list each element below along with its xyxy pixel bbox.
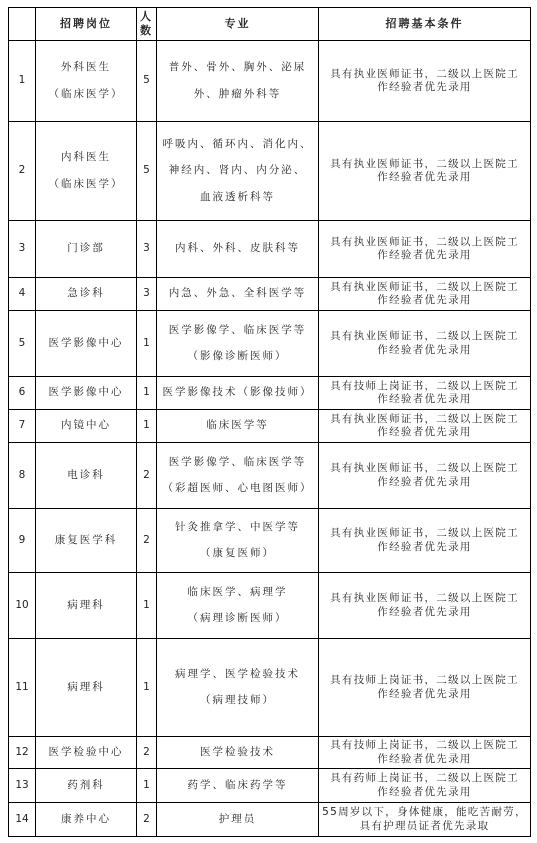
position-cell: 急诊科 — [36, 278, 137, 311]
headcount-cell: 5 — [137, 122, 157, 221]
major-line: （病理诊断医师） — [157, 612, 318, 625]
table-row: 8电诊科2医学影像学、临床医学等（彩超医师、心电图医师）具有执业医师证书，二级以… — [9, 443, 531, 509]
position-cell: 医学检验中心 — [36, 737, 137, 769]
major-cell: 临床医学、病理学（病理诊断医师） — [157, 573, 319, 639]
requirements-line: 作经验者优先录用 — [319, 249, 530, 262]
requirements-cell: 具有执业医师证书，二级以上医院工作经验者优先录用 — [319, 509, 531, 573]
position-cell: 门诊部 — [36, 221, 137, 278]
headcount-cell: 1 — [137, 769, 157, 803]
requirements-cell: 55周岁以下，身体健康，能吃苦耐劳，具有护理员证者优先录取 — [319, 803, 531, 837]
major-line: 护理员 — [157, 813, 318, 826]
position-cell: 病理科 — [36, 639, 137, 737]
requirements-line: 作经验者优先录用 — [319, 294, 530, 307]
requirements-cell: 具有执业医师证书，二级以上医院工作经验者优先录用 — [319, 41, 531, 122]
table-row: 9康复医学科2针灸推拿学、中医学等（康复医师）具有执业医师证书，二级以上医院工作… — [9, 509, 531, 573]
requirements-line: 具有执业医师证书，二级以上医院工 — [319, 158, 530, 171]
requirements-line: 具有执业医师证书，二级以上医院工 — [319, 281, 530, 294]
major-cell: 呼吸内、循环内、消化内、神经内、肾内、内分泌、血液透析科等 — [157, 122, 319, 221]
major-line: 呼吸内、循环内、消化内、 — [157, 138, 318, 151]
major-line: 医学影像学、临床医学等 — [157, 456, 318, 469]
major-cell: 病理学、医学检验技术（病理技师） — [157, 639, 319, 737]
requirements-line: 具有执业医师证书，二级以上医院工 — [319, 236, 530, 249]
position-cell: 药剂科 — [36, 769, 137, 803]
requirements-line: 作经验者优先录用 — [319, 171, 530, 184]
requirements-cell: 具有执业医师证书，二级以上医院工作经验者优先录用 — [319, 122, 531, 221]
requirements-cell: 具有执业医师证书，二级以上医院工作经验者优先录用 — [319, 221, 531, 278]
major-line: 医学影像技术（影像技师） — [157, 386, 318, 399]
position-cell: 医学影像中心 — [36, 377, 137, 410]
table-header-row: 招聘岗位 人数 专业 招聘基本条件 — [9, 8, 531, 41]
position-line: （临床医学） — [36, 178, 136, 191]
major-line: 临床医学、病理学 — [157, 586, 318, 599]
row-index: 12 — [9, 737, 36, 769]
table-row: 10病理科1临床医学、病理学（病理诊断医师）具有执业医师证书，二级以上医院工作经… — [9, 573, 531, 639]
header-position: 招聘岗位 — [36, 8, 137, 41]
position-line: （临床医学） — [36, 88, 136, 101]
row-index: 6 — [9, 377, 36, 410]
position-line: 医学检验中心 — [36, 746, 136, 759]
position-line: 医学影像中心 — [36, 337, 136, 350]
headcount-cell: 2 — [137, 737, 157, 769]
row-index: 1 — [9, 41, 36, 122]
requirements-cell: 具有技师上岗证书，二级以上医院工作经验者优先录用 — [319, 377, 531, 410]
requirements-line: 55周岁以下，身体健康，能吃苦耐劳， — [319, 806, 530, 819]
position-line: 康养中心 — [36, 813, 136, 826]
major-cell: 医学影像技术（影像技师） — [157, 377, 319, 410]
major-cell: 医学影像学、临床医学等（彩超医师、心电图医师） — [157, 443, 319, 509]
headcount-cell: 1 — [137, 410, 157, 443]
requirements-line: 作经验者优先录用 — [319, 541, 530, 554]
position-cell: 电诊科 — [36, 443, 137, 509]
major-line: （病理技师） — [157, 694, 318, 707]
major-line: 医学检验技术 — [157, 746, 318, 759]
headcount-cell: 1 — [137, 311, 157, 377]
table-row: 11病理科1病理学、医学检验技术（病理技师）具有技师上岗证书，二级以上医院工作经… — [9, 639, 531, 737]
position-cell: 康养中心 — [36, 803, 137, 837]
major-cell: 内科、外科、皮肤科等 — [157, 221, 319, 278]
table-row: 1外科医生（临床医学）5普外、骨外、胸外、泌尿外、肿瘤外科等具有执业医师证书，二… — [9, 41, 531, 122]
requirements-cell: 具有技师上岗证书，二级以上医院工作经验者优先录用 — [319, 639, 531, 737]
position-cell: 内镜中心 — [36, 410, 137, 443]
requirements-line: 具有执业医师证书，二级以上医院工 — [319, 68, 530, 81]
requirements-line: 具有技师上岗证书，二级以上医院工 — [319, 674, 530, 687]
requirements-line: 作经验者优先录用 — [319, 688, 530, 701]
table-row: 7内镜中心1临床医学等具有执业医师证书，二级以上医院工作经验者优先录用 — [9, 410, 531, 443]
requirements-cell: 具有执业医师证书，二级以上医院工作经验者优先录用 — [319, 573, 531, 639]
requirements-cell: 具有执业医师证书，二级以上医院工作经验者优先录用 — [319, 443, 531, 509]
requirements-line: 作经验者优先录用 — [319, 606, 530, 619]
recruitment-table: 招聘岗位 人数 专业 招聘基本条件 1外科医生（临床医学）5普外、骨外、胸外、泌… — [8, 7, 531, 837]
table-row: 2内科医生（临床医学）5呼吸内、循环内、消化内、神经内、肾内、内分泌、血液透析科… — [9, 122, 531, 221]
table-row: 14康养中心2护理员55周岁以下，身体健康，能吃苦耐劳，具有护理员证者优先录取 — [9, 803, 531, 837]
major-cell: 医学检验技术 — [157, 737, 319, 769]
requirements-cell: 具有执业医师证书，二级以上医院工作经验者优先录用 — [319, 410, 531, 443]
requirements-cell: 具有执业医师证书，二级以上医院工作经验者优先录用 — [319, 278, 531, 311]
major-cell: 护理员 — [157, 803, 319, 837]
requirements-line: 作经验者优先录用 — [319, 426, 530, 439]
headcount-cell: 5 — [137, 41, 157, 122]
row-index: 9 — [9, 509, 36, 573]
table-row: 13药剂科1药学、临床药学等具有药师上岗证书，二级以上医院工作经验者优先录用 — [9, 769, 531, 803]
table-row: 12医学检验中心2医学检验技术具有技师上岗证书，二级以上医院工作经验者优先录用 — [9, 737, 531, 769]
position-line: 内镜中心 — [36, 419, 136, 432]
major-line: 针灸推拿学、中医学等 — [157, 521, 318, 534]
requirements-line: 具有执业医师证书，二级以上医院工 — [319, 330, 530, 343]
major-cell: 临床医学等 — [157, 410, 319, 443]
major-line: 临床医学等 — [157, 419, 318, 432]
position-cell: 内科医生（临床医学） — [36, 122, 137, 221]
requirements-line: 具有执业医师证书，二级以上医院工 — [319, 413, 530, 426]
headcount-cell: 2 — [137, 509, 157, 573]
header-count: 人数 — [137, 8, 157, 41]
requirements-line: 作经验者优先录用 — [319, 753, 530, 766]
header-count-line1: 人 — [140, 10, 153, 23]
header-index — [9, 8, 36, 41]
position-cell: 医学影像中心 — [36, 311, 137, 377]
row-index: 7 — [9, 410, 36, 443]
requirements-cell: 具有执业医师证书，二级以上医院工作经验者优先录用 — [319, 311, 531, 377]
requirements-line: 具有护理员证者优先录取 — [319, 820, 530, 833]
position-line: 急诊科 — [36, 287, 136, 300]
requirements-line: 作经验者优先录用 — [319, 81, 530, 94]
row-index: 11 — [9, 639, 36, 737]
major-cell: 药学、临床药学等 — [157, 769, 319, 803]
row-index: 14 — [9, 803, 36, 837]
headcount-cell: 3 — [137, 278, 157, 311]
major-cell: 医学影像学、临床医学等（影像诊断医师） — [157, 311, 319, 377]
major-line: 神经内、肾内、内分泌、 — [157, 164, 318, 177]
major-cell: 普外、骨外、胸外、泌尿外、肿瘤外科等 — [157, 41, 319, 122]
position-line: 病理科 — [36, 681, 136, 694]
row-index: 2 — [9, 122, 36, 221]
major-line: 医学影像学、临床医学等 — [157, 324, 318, 337]
headcount-cell: 3 — [137, 221, 157, 278]
position-line: 内科医生 — [36, 151, 136, 164]
position-cell: 病理科 — [36, 573, 137, 639]
requirements-line: 作经验者优先录用 — [319, 344, 530, 357]
position-line: 医学影像中心 — [36, 386, 136, 399]
headcount-cell: 2 — [137, 443, 157, 509]
requirements-line: 具有执业医师证书，二级以上医院工 — [319, 592, 530, 605]
requirements-line: 具有技师上岗证书，二级以上医院工 — [319, 739, 530, 752]
requirements-cell: 具有药师上岗证书，二级以上医院工作经验者优先录用 — [319, 769, 531, 803]
headcount-cell: 1 — [137, 377, 157, 410]
requirements-line: 具有药师上岗证书，二级以上医院工 — [319, 772, 530, 785]
row-index: 10 — [9, 573, 36, 639]
major-line: 普外、骨外、胸外、泌尿 — [157, 61, 318, 74]
position-line: 门诊部 — [36, 242, 136, 255]
row-index: 4 — [9, 278, 36, 311]
headcount-cell: 2 — [137, 803, 157, 837]
major-line: （康复医师） — [157, 547, 318, 560]
requirements-line: 具有执业医师证书，二级以上医院工 — [319, 462, 530, 475]
table-row: 3门诊部3内科、外科、皮肤科等具有执业医师证书，二级以上医院工作经验者优先录用 — [9, 221, 531, 278]
major-line: 内科、外科、皮肤科等 — [157, 242, 318, 255]
position-line: 电诊科 — [36, 469, 136, 482]
major-line: 病理学、医学检验技术 — [157, 668, 318, 681]
header-requirements: 招聘基本条件 — [319, 8, 531, 41]
major-line: 外、肿瘤外科等 — [157, 88, 318, 101]
requirements-cell: 具有技师上岗证书，二级以上医院工作经验者优先录用 — [319, 737, 531, 769]
requirements-line: 作经验者优先录用 — [319, 393, 530, 406]
major-line: （影像诊断医师） — [157, 350, 318, 363]
position-line: 病理科 — [36, 599, 136, 612]
headcount-cell: 1 — [137, 573, 157, 639]
requirements-line: 作经验者优先录用 — [319, 476, 530, 489]
requirements-line: 作经验者优先录用 — [319, 786, 530, 799]
requirements-line: 具有执业医师证书，二级以上医院工 — [319, 527, 530, 540]
position-line: 药剂科 — [36, 779, 136, 792]
headcount-cell: 1 — [137, 639, 157, 737]
requirements-line: 具有技师上岗证书，二级以上医院工 — [319, 380, 530, 393]
table-row: 4急诊科3内急、外急、全科医学等具有执业医师证书，二级以上医院工作经验者优先录用 — [9, 278, 531, 311]
major-line: （彩超医师、心电图医师） — [157, 482, 318, 495]
position-line: 外科医生 — [36, 61, 136, 74]
position-cell: 外科医生（临床医学） — [36, 41, 137, 122]
row-index: 8 — [9, 443, 36, 509]
major-cell: 内急、外急、全科医学等 — [157, 278, 319, 311]
row-index: 5 — [9, 311, 36, 377]
header-major: 专业 — [157, 8, 319, 41]
major-line: 内急、外急、全科医学等 — [157, 287, 318, 300]
major-line: 血液透析科等 — [157, 191, 318, 204]
position-cell: 康复医学科 — [36, 509, 137, 573]
row-index: 3 — [9, 221, 36, 278]
table-row: 6医学影像中心1医学影像技术（影像技师）具有技师上岗证书，二级以上医院工作经验者… — [9, 377, 531, 410]
major-cell: 针灸推拿学、中医学等（康复医师） — [157, 509, 319, 573]
table-row: 5医学影像中心1医学影像学、临床医学等（影像诊断医师）具有执业医师证书，二级以上… — [9, 311, 531, 377]
position-line: 康复医学科 — [36, 534, 136, 547]
row-index: 13 — [9, 769, 36, 803]
major-line: 药学、临床药学等 — [157, 779, 318, 792]
header-count-line2: 数 — [140, 24, 153, 37]
